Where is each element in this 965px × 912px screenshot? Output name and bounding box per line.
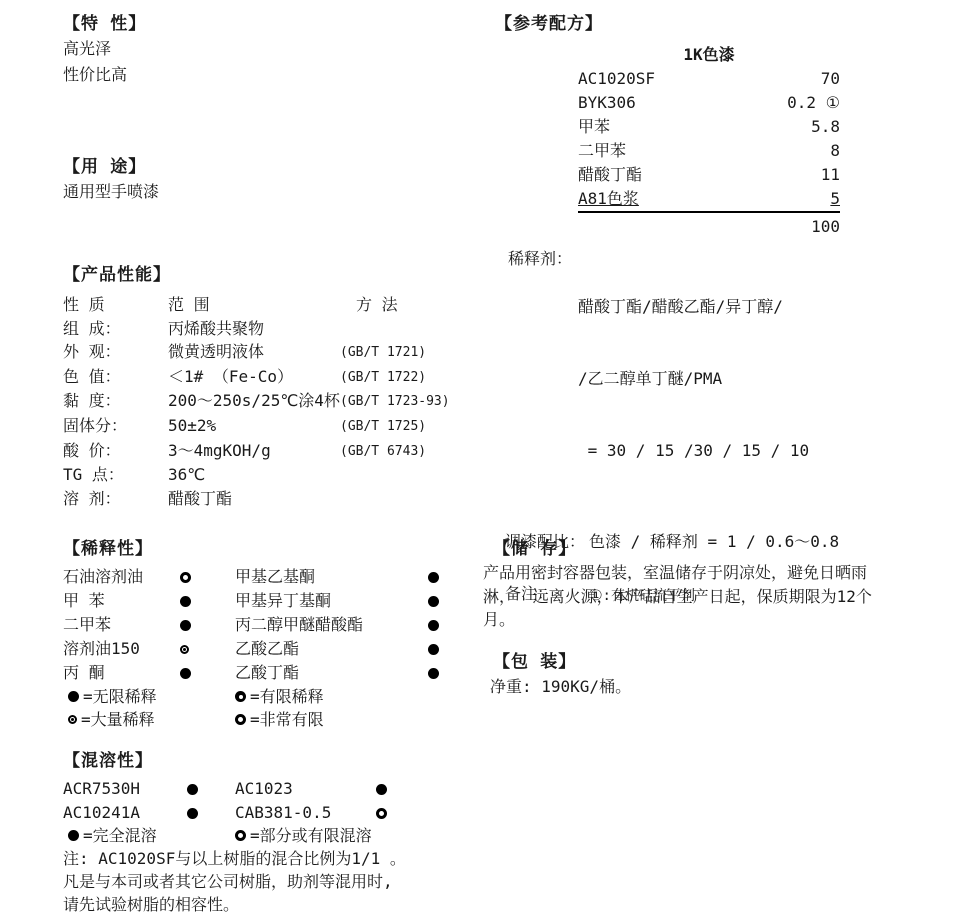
property-row: 组 成： 丙烯酸共聚物 [63,317,463,341]
legend-symbol [235,691,246,702]
solvent-name: 乙酸乙酯 [235,637,428,661]
dilution-symbol [180,572,191,583]
ingredient-amount: 0.2 ① [787,91,840,115]
ingredient-amount: 5 [830,187,840,211]
property-range: ＜1# （Fe-Co） [168,365,340,390]
packaging-title: 【包 装】 [493,650,913,674]
miscibility-symbol [187,808,198,819]
property-range: 微黄透明液体 [168,340,340,365]
formula-row: BYK306 0.2 ① [578,91,840,115]
legend-symbol [235,714,246,725]
dilution-symbol [428,596,439,607]
dilution-row: 石油溶剂油 甲基乙基酮 [63,565,483,589]
miscibility-notes: 注: AC1020SF与以上树脂的混合比例为1/1 。 凡是与本司或者其它公司树… [63,847,483,912]
thinner-line: /乙二醇单丁醚/PMA [578,367,809,391]
ingredient-amount: 11 [821,163,840,187]
section-features: 【特 性】 高光泽 性价比高 [63,12,146,87]
legend-item: =大量稀释 [63,708,235,731]
property-range: 丙烯酸共聚物 [168,317,340,341]
solvent-name: 石油溶剂油 [63,565,180,589]
storage-line: 月。 [483,608,913,632]
dilution-symbol [180,668,191,679]
formula-row: 醋酸丁酯 11 [578,163,840,187]
property-method: (GB/T 1723-93) [340,389,463,414]
feature-item: 高光泽 [63,36,146,62]
miscibility-legend-row: =完全混溶 =部分或有限混溶 [63,824,483,847]
col-header-property: 性 质 [63,293,168,317]
dilution-symbol [180,596,191,607]
property-row: 固体分： 50±2% (GB/T 1725) [63,414,463,439]
property-method [340,487,463,511]
ingredient-amount: 5.8 [811,115,840,139]
formula-table: AC1020SF 70 BYK306 0.2 ① 甲苯 5.8 二甲苯 8 醋酸… [578,67,840,213]
legend-symbol [68,715,77,724]
dilution-row: 二甲苯 丙二醇甲醚醋酸酯 [63,613,483,637]
legend-label: =完全混溶 [83,824,157,847]
col-header-method: 方 法 [340,293,463,317]
property-range: 36℃ [168,463,340,487]
dilution-legend-row: =大量稀释 =非常有限 [63,708,483,731]
legend-item: =部分或有限混溶 [235,824,372,847]
section-storage: 【储 存】 产品用密封容器包装，室温储存于阴凉处，避免日晒雨 淋， 远离火源，本… [483,537,913,632]
dilution-title: 【稀释性】 [63,537,483,561]
col-header-range: 范 围 [168,293,340,317]
thinner-line: = 30 / 15 /30 / 15 / 10 [578,439,809,463]
formula-row: AC1020SF 70 [578,67,840,91]
section-dilution: 【稀释性】 石油溶剂油 甲基乙基酮 甲 苯 甲基异丁基酮 二甲苯 丙二醇甲醚醋酸… [63,537,483,731]
property-row: TG 点： 36℃ [63,463,463,487]
property-method: (GB/T 1725) [340,414,463,439]
note-line: 请先试验树脂的相容性。 [63,893,483,912]
property-row: 酸 价： 3～4mgKOH/g (GB/T 6743) [63,439,463,464]
storage-title: 【储 存】 [493,537,913,561]
legend-item: =非常有限 [235,708,324,731]
resin-name: AC10241A [63,801,187,825]
feature-item: 性价比高 [63,62,146,88]
solvent-name: 二甲苯 [63,613,180,637]
legend-label: =有限稀释 [250,685,324,708]
section-formula: 【参考配方】 1K色漆 AC1020SF 70 BYK306 0.2 ① 甲苯 … [495,12,945,240]
resin-name: ACR7530H [63,777,187,801]
formula-total: 100 [578,213,840,240]
property-name: 固体分： [63,414,168,439]
legend-label: =大量稀释 [81,708,155,731]
solvent-name: 乙酸丁酯 [235,661,428,685]
dilution-symbol [428,668,439,679]
solvent-name: 丙二醇甲醚醋酸酯 [235,613,428,637]
section-packaging: 【包 装】 净重: 190KG/桶。 [483,650,913,700]
formula-row: 甲苯 5.8 [578,115,840,139]
section-miscibility: 【混溶性】 ACR7530H AC1023 AC10241A CAB381-0.… [63,749,483,912]
dilution-row: 丙 酮 乙酸丁酯 [63,661,483,685]
thinner-lines: 醋酸丁酯/醋酸乙酯/异丁醇/ /乙二醇单丁醚/PMA = 30 / 15 /30… [578,247,809,511]
property-method: (GB/T 1721) [340,340,463,365]
legend-label: =部分或有限混溶 [250,824,372,847]
ingredient-name: A81色浆 [578,187,639,211]
resin-name: AC1023 [235,777,376,801]
formula-row: 二甲苯 8 [578,139,840,163]
miscibility-row: ACR7530H AC1023 [63,777,483,801]
property-row: 色 值： ＜1# （Fe-Co） (GB/T 1722) [63,365,463,390]
note-line: 注: AC1020SF与以上树脂的混合比例为1/1 。 [63,847,483,870]
thinner-label: 稀释剂： [508,247,578,511]
ingredient-name: 甲苯 [578,115,610,139]
dilution-symbol [428,572,439,583]
solvent-name: 甲基异丁基酮 [235,589,428,613]
property-range: 50±2% [168,414,340,439]
property-method [340,317,463,341]
property-name: 溶 剂： [63,487,168,511]
solvent-name: 甲基乙基酮 [235,565,428,589]
dilution-symbol [180,620,191,631]
dilution-symbol [428,620,439,631]
formula-title: 【参考配方】 [495,12,945,36]
property-range: 醋酸丁酯 [168,487,340,511]
storage-line: 淋， 远离火源，本产品自生产日起，保质期限为12个 [483,585,913,609]
property-method [340,463,463,487]
legend-item: =有限稀释 [235,685,324,708]
formula-row-underlined: A81色浆 5 [578,187,840,213]
property-name: 黏 度： [63,389,168,414]
legend-label: =非常有限 [250,708,324,731]
property-name: TG 点： [63,463,168,487]
packaging-text: 净重: 190KG/桶。 [490,674,913,700]
legend-item: =完全混溶 [63,824,235,847]
ingredient-name: BYK306 [578,91,636,115]
properties-title: 【产品性能】 [63,263,463,287]
solvent-name: 甲 苯 [63,589,180,613]
ingredient-name: 二甲苯 [578,139,626,163]
dilution-row: 甲 苯 甲基异丁基酮 [63,589,483,613]
thinner-block: 稀释剂： 醋酸丁酯/醋酸乙酯/异丁醇/ /乙二醇单丁醚/PMA = 30 / 1… [495,247,955,511]
formula-subtitle: 1K色漆 [578,42,840,65]
dilution-legend-row: =无限稀释 =有限稀释 [63,685,483,708]
property-name: 组 成： [63,317,168,341]
property-name: 酸 价： [63,439,168,464]
ingredient-amount: 70 [821,67,840,91]
miscibility-symbol [376,784,387,795]
property-range: 3～4mgKOH/g [168,439,340,464]
property-row: 溶 剂： 醋酸丁酯 [63,487,463,511]
property-row: 黏 度： 200～250s/25℃涂4杯 (GB/T 1723-93) [63,389,463,414]
storage-line: 产品用密封容器包装，室温储存于阴凉处，避免日晒雨 [483,561,913,585]
dilution-symbol [428,644,439,655]
ingredient-amount: 8 [830,139,840,163]
property-range: 200～250s/25℃涂4杯 [168,389,340,414]
features-title: 【特 性】 [63,12,146,36]
ingredient-name: AC1020SF [578,67,655,91]
legend-symbol [235,830,246,841]
properties-header-row: 性 质 范 围 方 法 [63,293,463,317]
thinner-line: 醋酸丁酯/醋酸乙酯/异丁醇/ [578,295,809,319]
section-uses: 【用 途】 通用型手喷漆 [63,155,159,205]
ingredient-name: 醋酸丁酯 [578,163,642,187]
storage-text: 产品用密封容器包装，室温储存于阴凉处，避免日晒雨 淋， 远离火源，本产品自生产日… [483,561,913,632]
section-properties: 【产品性能】 性 质 范 围 方 法 组 成： 丙烯酸共聚物 外 观： 微黄透明… [63,263,463,510]
dilution-row: 溶剂油150 乙酸乙酯 [63,637,483,661]
legend-label: =无限稀释 [83,685,157,708]
property-method: (GB/T 6743) [340,439,463,464]
miscibility-row: AC10241A CAB381-0.5 [63,801,483,825]
uses-title: 【用 途】 [63,155,159,179]
legend-item: =无限稀释 [63,685,235,708]
dilution-symbol [180,645,189,654]
property-name: 色 值： [63,365,168,390]
legend-symbol [68,830,79,841]
legend-symbol [68,691,79,702]
miscibility-symbol [187,784,198,795]
property-name: 外 观： [63,340,168,365]
solvent-name: 溶剂油150 [63,637,180,661]
miscibility-symbol [376,808,387,819]
resin-name: CAB381-0.5 [235,801,376,825]
property-method: (GB/T 1722) [340,365,463,390]
note-line: 凡是与本司或者其它公司树脂，助剂等混用时, [63,870,483,893]
property-row: 外 观： 微黄透明液体 (GB/T 1721) [63,340,463,365]
datasheet-page: 【特 性】 高光泽 性价比高 【用 途】 通用型手喷漆 【产品性能】 性 质 范… [0,0,965,912]
solvent-name: 丙 酮 [63,661,180,685]
use-item: 通用型手喷漆 [63,179,159,205]
miscibility-title: 【混溶性】 [63,749,483,773]
